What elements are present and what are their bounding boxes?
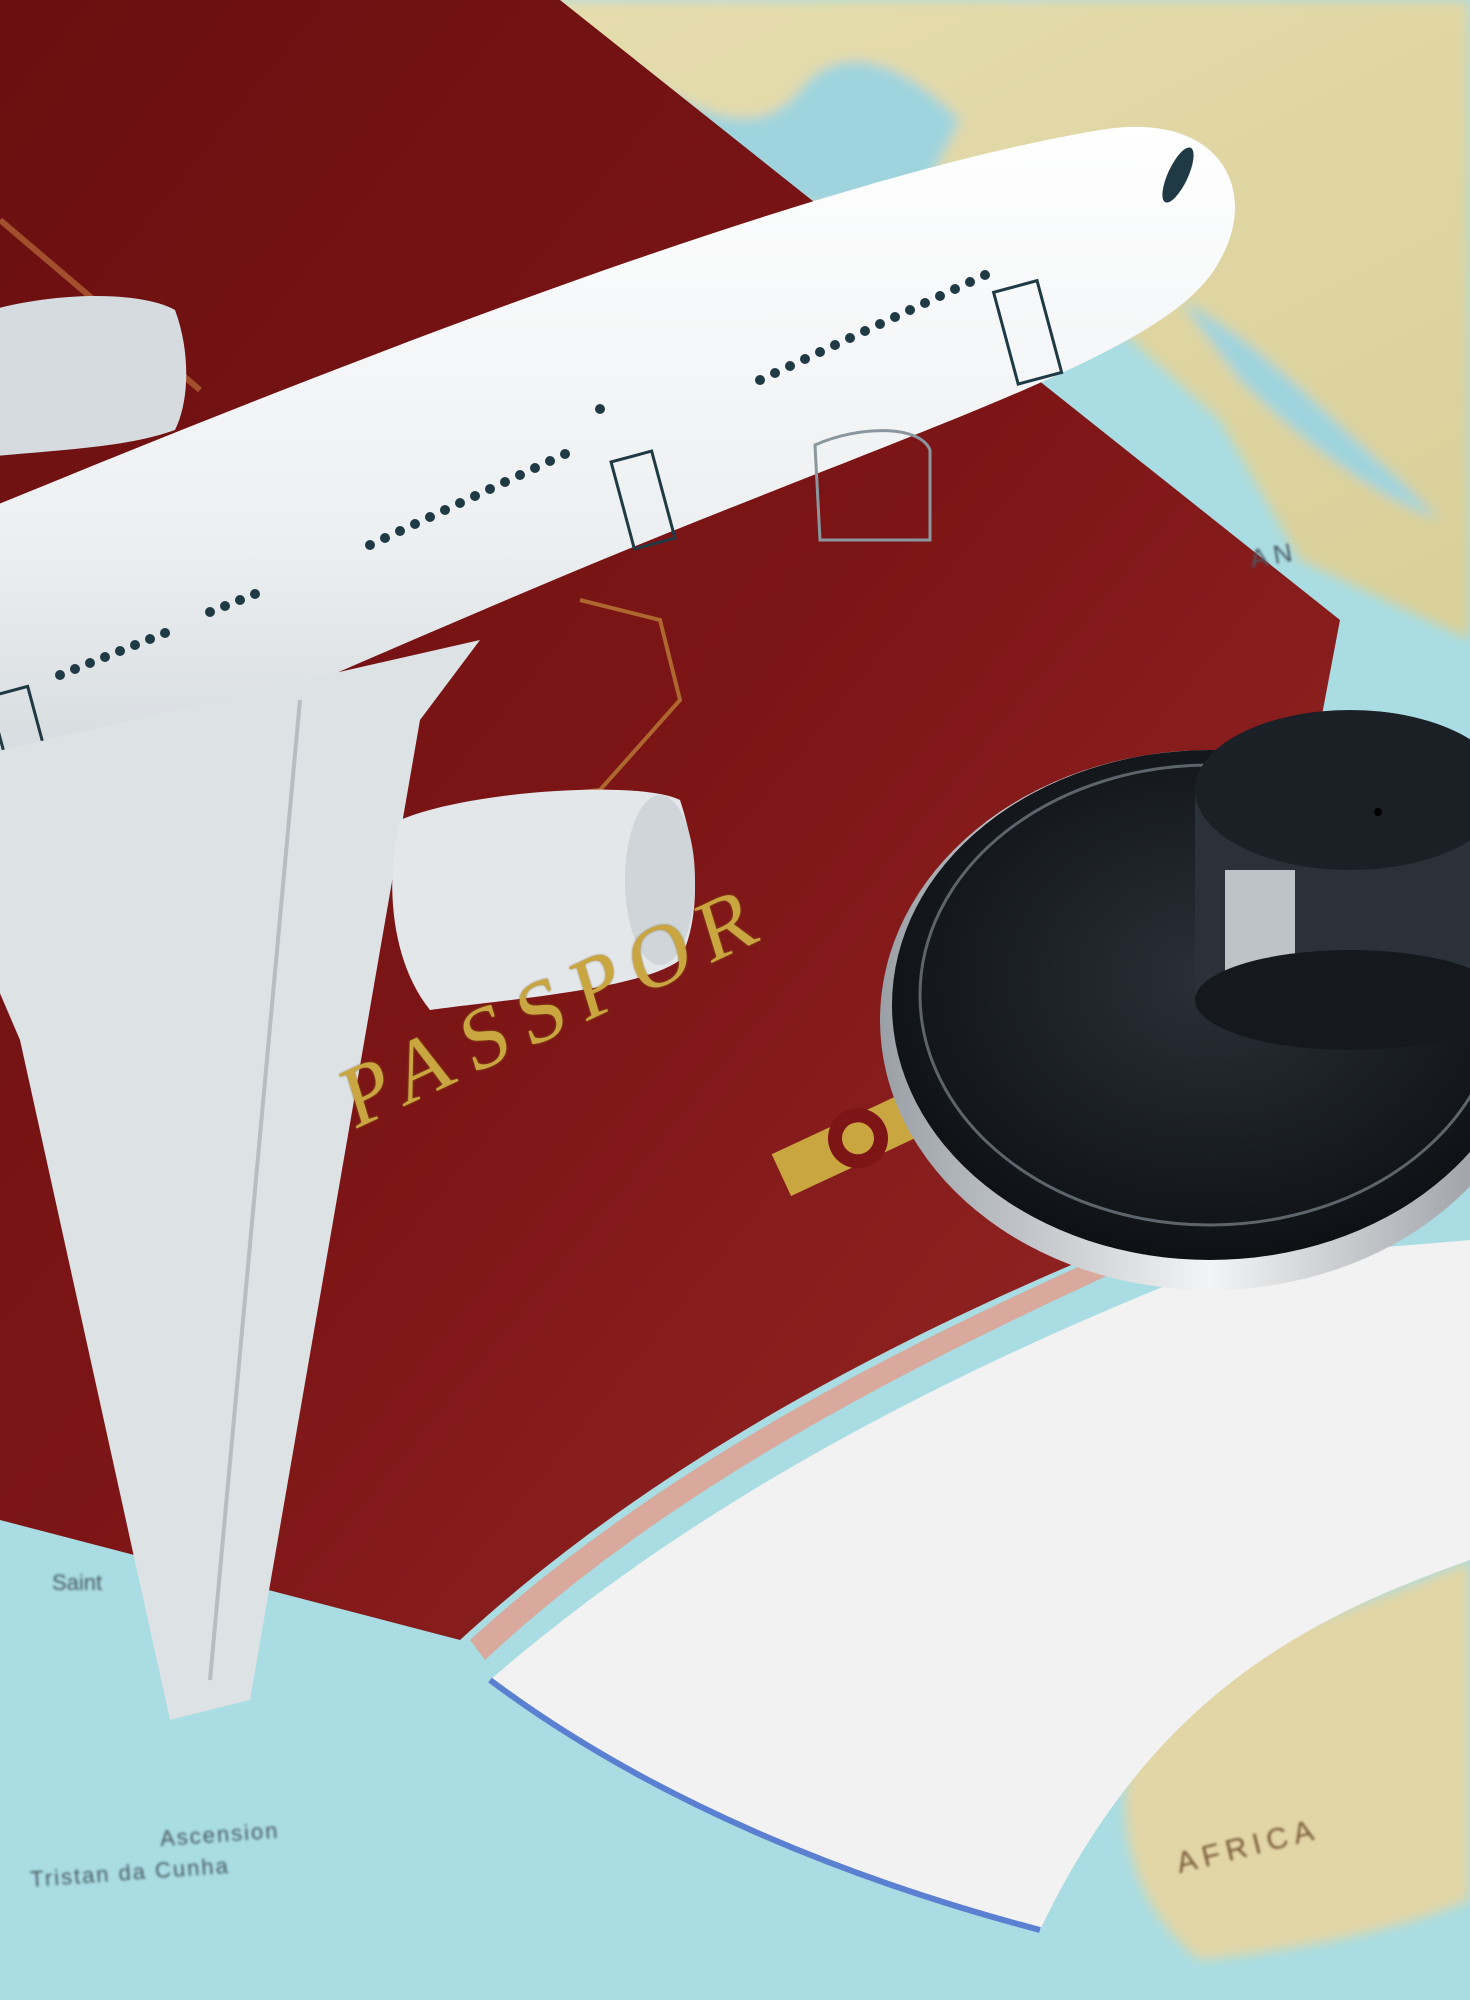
photo-scene: PASSPOR Saint Ascension Tristan da Cunha… [0, 0, 1470, 2000]
photo-illustration [0, 0, 1470, 2000]
map-label-saint: Saint [52, 1570, 102, 1596]
